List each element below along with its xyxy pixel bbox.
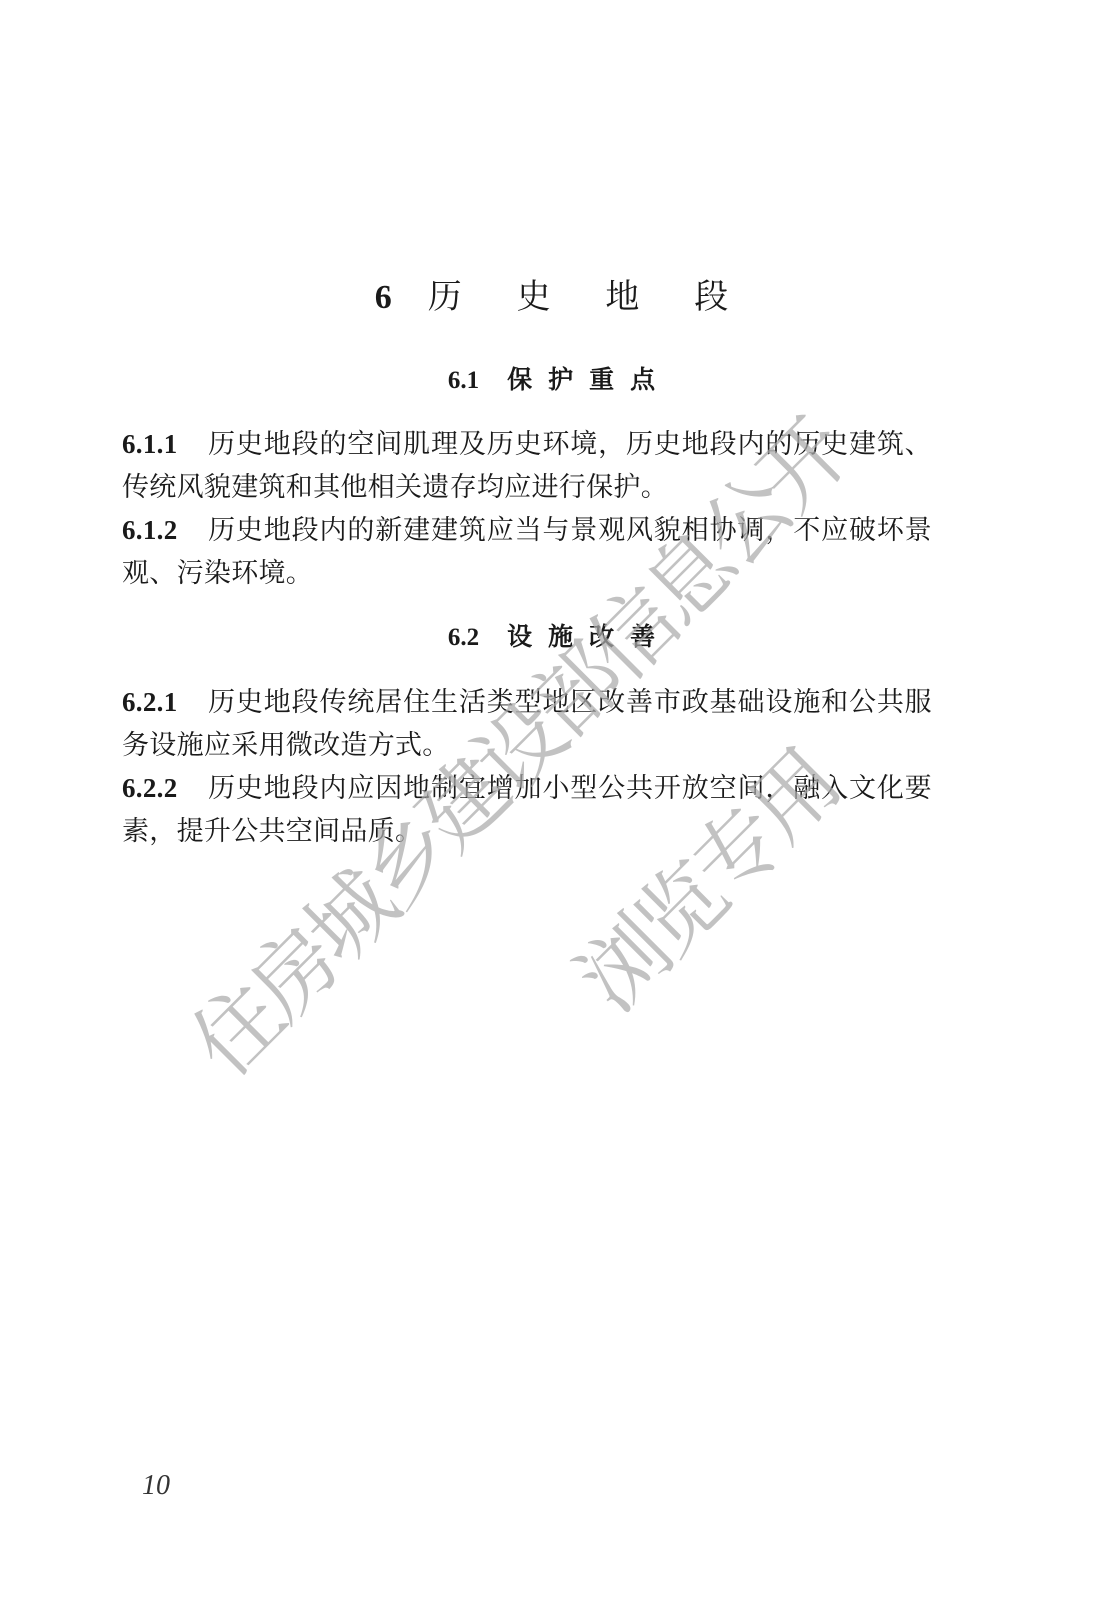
clause-number: 6.1.2 bbox=[122, 515, 178, 545]
section-heading: 设施改善 bbox=[507, 622, 671, 651]
chapter-title: 6历 史 地 段 bbox=[0, 272, 1103, 323]
clause-text: 历史地段内的新建建筑应当与景观风貌相协调，不应破坏景观、污染环境。 bbox=[122, 515, 932, 589]
chapter-number: 6 bbox=[375, 279, 392, 316]
clause-number: 6.2.2 bbox=[122, 773, 178, 803]
clause-6-2-1: 6.2.1历史地段传统居住生活类型地区改善市政基础设施和公共服务设施应采用微改造… bbox=[122, 681, 932, 767]
section-title-6-1: 6.1保护重点 bbox=[0, 363, 1103, 398]
clause-text: 历史地段传统居住生活类型地区改善市政基础设施和公共服务设施应采用微改造方式。 bbox=[122, 687, 932, 761]
section-number: 6.2 bbox=[448, 624, 479, 651]
section-title-6-2: 6.2设施改善 bbox=[0, 620, 1103, 655]
chapter-heading: 历 史 地 段 bbox=[428, 277, 750, 317]
clause-number: 6.2.1 bbox=[122, 687, 178, 717]
clause-text: 历史地段的空间肌理及历史环境，历史地段内的历史建筑、传统风貌建筑和其他相关遗存均… bbox=[122, 429, 932, 503]
section-heading: 保护重点 bbox=[507, 365, 671, 394]
clause-6-1-2: 6.1.2历史地段内的新建建筑应当与景观风貌相协调，不应破坏景观、污染环境。 bbox=[122, 509, 932, 595]
page-number: 10 bbox=[142, 1470, 170, 1502]
document-page: 6历 史 地 段 6.1保护重点 6.1.1历史地段的空间肌理及历史环境，历史地… bbox=[0, 0, 1103, 1597]
clause-text: 历史地段内应因地制宜增加小型公共开放空间，融入文化要素，提升公共空间品质。 bbox=[122, 773, 932, 847]
clause-number: 6.1.1 bbox=[122, 429, 178, 459]
clause-6-2-2: 6.2.2历史地段内应因地制宜增加小型公共开放空间，融入文化要素，提升公共空间品… bbox=[122, 767, 932, 853]
clause-6-1-1: 6.1.1历史地段的空间肌理及历史环境，历史地段内的历史建筑、传统风貌建筑和其他… bbox=[122, 423, 932, 509]
section-number: 6.1 bbox=[448, 367, 479, 394]
